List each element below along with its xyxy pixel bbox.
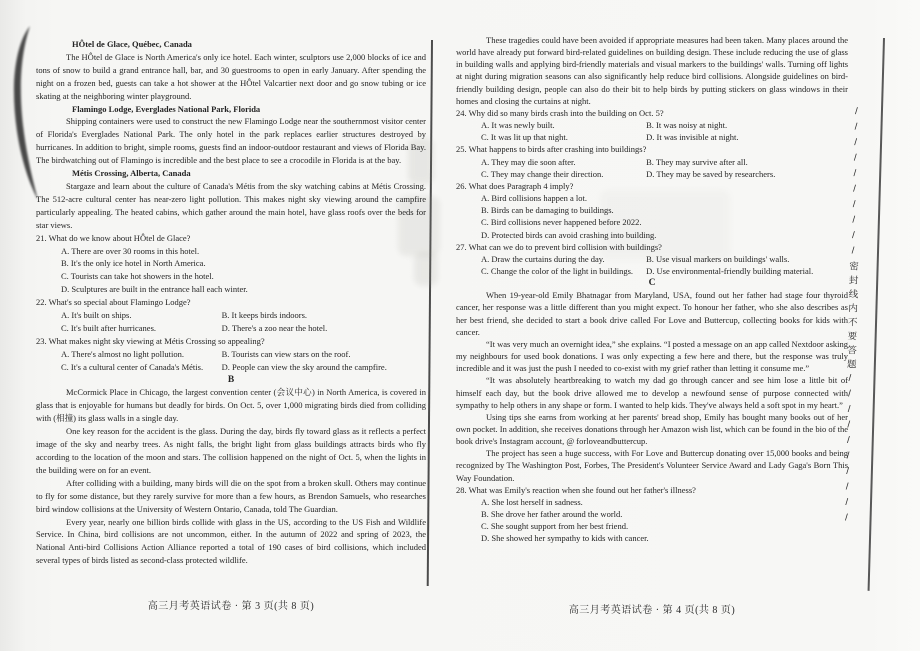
question-27-option-c: C. Change the color of the light in buil…: [481, 265, 646, 277]
question-27-option-b: B. Use visual markers on buildings' wall…: [646, 253, 848, 265]
question-25-text: 25. What happens to birds after crashing…: [456, 143, 848, 155]
question-23-text: 23. What makes night sky viewing at Méti…: [36, 335, 426, 348]
passage-a-paragraph-metis: Stargaze and learn about the culture of …: [36, 180, 426, 232]
page-fold-line: [427, 40, 433, 586]
passage-c-paragraph-1: When 19-year-old Emily Bhatnagar from Ma…: [456, 289, 848, 338]
question-24-option-b: B. It was noisy at night.: [646, 119, 848, 131]
passage-a-paragraph-flamingo: Shipping containers were used to constru…: [36, 115, 426, 167]
passage-a-paragraph-hotel: The HÔtel de Glace is North America's on…: [36, 51, 426, 103]
question-23-option-b: B. Tourists can view stars on the roof.: [222, 348, 426, 361]
question-25-option-c: C. They may change their direction.: [481, 168, 646, 180]
question-26-option-d: D. Protected birds can avoid crashing in…: [481, 229, 848, 241]
section-b-label: B: [36, 374, 426, 387]
passage-b-paragraph-5: These tragedies could have been avoided …: [456, 34, 848, 107]
question-22-option-d: D. There's a zoo near the hotel.: [222, 322, 426, 335]
passage-c-paragraph-2: “It was very much an overnight idea,” sh…: [456, 338, 848, 374]
question-28-option-b: B. She drove her father around the world…: [481, 508, 848, 520]
question-27-option-a: A. Draw the curtains during the day.: [481, 253, 646, 265]
passage-c-paragraph-5: The project has seen a huge success, wit…: [456, 447, 848, 483]
seal-margin-line: [868, 38, 885, 591]
question-25-option-d: D. They may be saved by researchers.: [646, 168, 848, 180]
question-27-text: 27. What can we do to prevent bird colli…: [456, 241, 848, 253]
question-25-option-b: B. They may survive after all.: [646, 156, 848, 168]
passage-c-paragraph-4: Using tips she earns from working at her…: [456, 411, 848, 447]
question-21-option-a: A. There are over 30 rooms in this hotel…: [61, 245, 426, 258]
passage-b-paragraph-4: Every year, nearly one billion birds col…: [36, 516, 426, 568]
question-22: 22. What's so special about Flamingo Lod…: [36, 296, 426, 335]
question-26: 26. What does Paragraph 4 imply? A. Bird…: [456, 180, 848, 241]
question-28-option-c: C. She sought support from her best frie…: [481, 520, 848, 532]
question-28: 28. What was Emily's reaction when she f…: [456, 484, 848, 545]
passage-b-paragraph-1: McCormick Place in Chicago, the largest …: [36, 386, 426, 425]
question-26-option-a: A. Bird collisions happen a lot.: [481, 192, 848, 204]
section-c-label: C: [456, 277, 848, 289]
exam-page-right: These tragedies could have been avoided …: [456, 34, 848, 545]
passage-a-heading-metis-crossing: Métis Crossing, Alberta, Canada: [36, 167, 426, 180]
passage-a-heading-flamingo-lodge: Flamingo Lodge, Everglades National Park…: [36, 103, 426, 116]
question-24-option-d: D. It was invisible at night.: [646, 131, 848, 143]
question-28-option-d: D. She showed her sympathy to kids with …: [481, 532, 848, 544]
question-22-text: 22. What's so special about Flamingo Lod…: [36, 296, 426, 309]
question-23-option-d: D. People can view the sky around the ca…: [222, 361, 426, 374]
question-23-option-a: A. There's almost no light pollution.: [61, 348, 222, 361]
exam-page-left: HÔtel de Glace, Québec, Canada The HÔtel…: [36, 38, 426, 567]
question-21-option-c: C. Tourists can take hot showers in the …: [61, 270, 426, 283]
question-25: 25. What happens to birds after crashing…: [456, 143, 848, 179]
question-22-option-b: B. It keeps birds indoors.: [222, 309, 426, 322]
question-25-option-a: A. They may die soon after.: [481, 156, 646, 168]
question-22-option-a: A. It's built on ships.: [61, 309, 222, 322]
question-28-text: 28. What was Emily's reaction when she f…: [456, 484, 848, 496]
question-27: 27. What can we do to prevent bird colli…: [456, 241, 848, 277]
passage-c-paragraph-3: “It was absolutely heartbreaking to watc…: [456, 374, 848, 410]
question-24-text: 24. Why did so many birds crash into the…: [456, 107, 848, 119]
question-21: 21. What do we know about HÔtel de Glace…: [36, 232, 426, 297]
question-21-option-b: B. It's the only ice hotel in North Amer…: [61, 257, 426, 270]
question-26-option-b: B. Birds can be damaging to buildings.: [481, 204, 848, 216]
question-24-option-c: C. It was lit up that night.: [481, 131, 646, 143]
passage-b-paragraph-3: After colliding with a building, many bi…: [36, 477, 426, 516]
question-23: 23. What makes night sky viewing at Méti…: [36, 335, 426, 374]
question-22-option-c: C. It's built after hurricanes.: [61, 322, 222, 335]
question-26-text: 26. What does Paragraph 4 imply?: [456, 180, 848, 192]
question-23-option-c: C. It's a cultural center of Canada's Mé…: [61, 361, 222, 374]
question-21-text: 21. What do we know about HÔtel de Glace…: [36, 232, 426, 245]
page-4-footer: 高三月考英语试卷 · 第 4 页(共 8 页): [456, 601, 848, 616]
question-28-option-a: A. She lost herself in sadness.: [481, 496, 848, 508]
question-21-option-d: D. Sculptures are built in the entrance …: [61, 283, 426, 296]
question-26-option-c: C. Bird collisions never happened before…: [481, 216, 848, 228]
passage-a-heading-hotel-de-glace: HÔtel de Glace, Québec, Canada: [36, 38, 426, 51]
question-27-option-d: D. Use environmental-friendly building m…: [646, 265, 848, 277]
page-3-footer: 高三月考英语试卷 · 第 3 页(共 8 页): [36, 597, 426, 612]
passage-b-paragraph-2: One key reason for the accident is the g…: [36, 425, 426, 477]
question-24-option-a: A. It was newly built.: [481, 119, 646, 131]
question-24: 24. Why did so many birds crash into the…: [456, 107, 848, 143]
